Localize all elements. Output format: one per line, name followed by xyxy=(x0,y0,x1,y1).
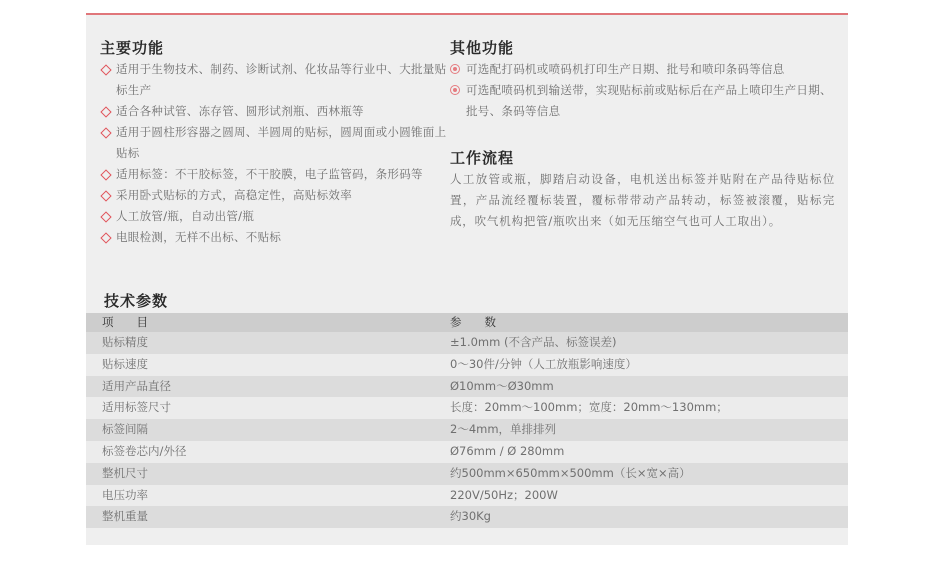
table-row: 电压功率 220V/50Hz；200W xyxy=(86,485,848,507)
list-item: 人工放管/瓶，自动出管/瓶 xyxy=(100,206,450,227)
param-name: 贴标精度 xyxy=(86,332,436,354)
list-item: 适用于生物技术、制药、诊断试剂、化妆品等行业中、大批量贴标生产 xyxy=(100,59,450,101)
param-name: 电压功率 xyxy=(86,485,436,507)
ring-bullet-icon xyxy=(450,64,460,74)
workflow-section: 工作流程 人工放管或瓶，脚踏启动设备，电机送出标签并贴附在产品待贴标位置，产品流… xyxy=(450,147,835,232)
table-row: 适用标签尺寸 长度：20mm～100mm；宽度：20mm～130mm； xyxy=(86,397,848,419)
list-item: 可选配打码机或喷码机打印生产日期、批号和喷印条码等信息 xyxy=(450,59,835,80)
other-functions-section: 其他功能 可选配打码机或喷码机打印生产日期、批号和喷印条码等信息 可选配喷码机到… xyxy=(450,37,835,122)
tech-params-table: 项 目 参 数 贴标精度 ±1.0mm (不含产品、标签误差) 贴标速度 0～3… xyxy=(86,313,848,528)
table-row: 整机重量 约30Kg xyxy=(86,506,848,528)
param-name: 适用标签尺寸 xyxy=(86,397,436,419)
list-item: 适用标签：不干胶标签，不干胶膜，电子监管码，条形码等 xyxy=(100,164,450,185)
workflow-text: 人工放管或瓶，脚踏启动设备，电机送出标签并贴附在产品待贴标位置，产品流经覆标装置… xyxy=(450,169,835,232)
param-value: Ø76mm / Ø 280mm xyxy=(436,441,848,463)
param-value: 约30Kg xyxy=(436,506,848,528)
table-row: 贴标速度 0～30件/分钟（人工放瓶影响速度） xyxy=(86,354,848,376)
table-row: 整机尺寸 约500mm×650mm×500mm（长×宽×高） xyxy=(86,463,848,485)
list-item: 采用卧式贴标的方式，高稳定性，高贴标效率 xyxy=(100,185,450,206)
diamond-outline-icon xyxy=(100,64,111,75)
tech-params-title: 技术参数 xyxy=(104,290,168,312)
table-row: 标签卷芯内/外径 Ø76mm / Ø 280mm xyxy=(86,441,848,463)
diamond-outline-icon xyxy=(100,169,111,180)
diamond-outline-icon xyxy=(100,232,111,243)
param-value: 2～4mm，单排排列 xyxy=(436,419,848,441)
param-name: 整机重量 xyxy=(86,506,436,528)
param-name: 适用产品直径 xyxy=(86,376,436,398)
header-value: 参 数 xyxy=(436,313,848,332)
table-row: 适用产品直径 Ø10mm～Ø30mm xyxy=(86,376,848,398)
param-name: 贴标速度 xyxy=(86,354,436,376)
param-value: 约500mm×650mm×500mm（长×宽×高） xyxy=(436,463,848,485)
main-functions-title: 主要功能 xyxy=(100,37,450,59)
diamond-outline-icon xyxy=(100,211,111,222)
param-value: ±1.0mm (不含产品、标签误差) xyxy=(436,332,848,354)
param-value: 220V/50Hz；200W xyxy=(436,485,848,507)
other-functions-title: 其他功能 xyxy=(450,37,835,59)
param-value: 长度：20mm～100mm；宽度：20mm～130mm； xyxy=(436,397,848,419)
param-name: 标签间隔 xyxy=(86,419,436,441)
table-row: 标签间隔 2～4mm，单排排列 xyxy=(86,419,848,441)
main-functions-section: 主要功能 适用于生物技术、制药、诊断试剂、化妆品等行业中、大批量贴标生产 适合各… xyxy=(100,37,450,248)
param-name: 标签卷芯内/外径 xyxy=(86,441,436,463)
right-column: 其他功能 可选配打码机或喷码机打印生产日期、批号和喷印条码等信息 可选配喷码机到… xyxy=(450,37,835,232)
workflow-title: 工作流程 xyxy=(450,147,835,169)
spec-panel: 主要功能 适用于生物技术、制药、诊断试剂、化妆品等行业中、大批量贴标生产 适合各… xyxy=(86,13,848,545)
diamond-outline-icon xyxy=(100,190,111,201)
ring-bullet-icon xyxy=(450,85,460,95)
header-item: 项 目 xyxy=(86,313,436,332)
param-name: 整机尺寸 xyxy=(86,463,436,485)
diamond-outline-icon xyxy=(100,106,111,117)
list-item: 可选配喷码机到输送带，实现贴标前或贴标后在产品上喷印生产日期、批号、条码等信息 xyxy=(450,80,835,122)
diamond-outline-icon xyxy=(100,127,111,138)
list-item: 电眼检测，无样不出标、不贴标 xyxy=(100,227,450,248)
param-value: 0～30件/分钟（人工放瓶影响速度） xyxy=(436,354,848,376)
list-item: 适用于圆柱形容器之圆周、半圆周的贴标，圆周面或小圆锥面上贴标 xyxy=(100,122,450,164)
main-functions-list: 适用于生物技术、制药、诊断试剂、化妆品等行业中、大批量贴标生产 适合各种试管、冻… xyxy=(100,59,450,248)
param-value: Ø10mm～Ø30mm xyxy=(436,376,848,398)
list-item: 适合各种试管、冻存管、圆形试剂瓶、西林瓶等 xyxy=(100,101,450,122)
table-row: 贴标精度 ±1.0mm (不含产品、标签误差) xyxy=(86,332,848,354)
table-header-row: 项 目 参 数 xyxy=(86,313,848,332)
other-functions-list: 可选配打码机或喷码机打印生产日期、批号和喷印条码等信息 可选配喷码机到输送带，实… xyxy=(450,59,835,122)
